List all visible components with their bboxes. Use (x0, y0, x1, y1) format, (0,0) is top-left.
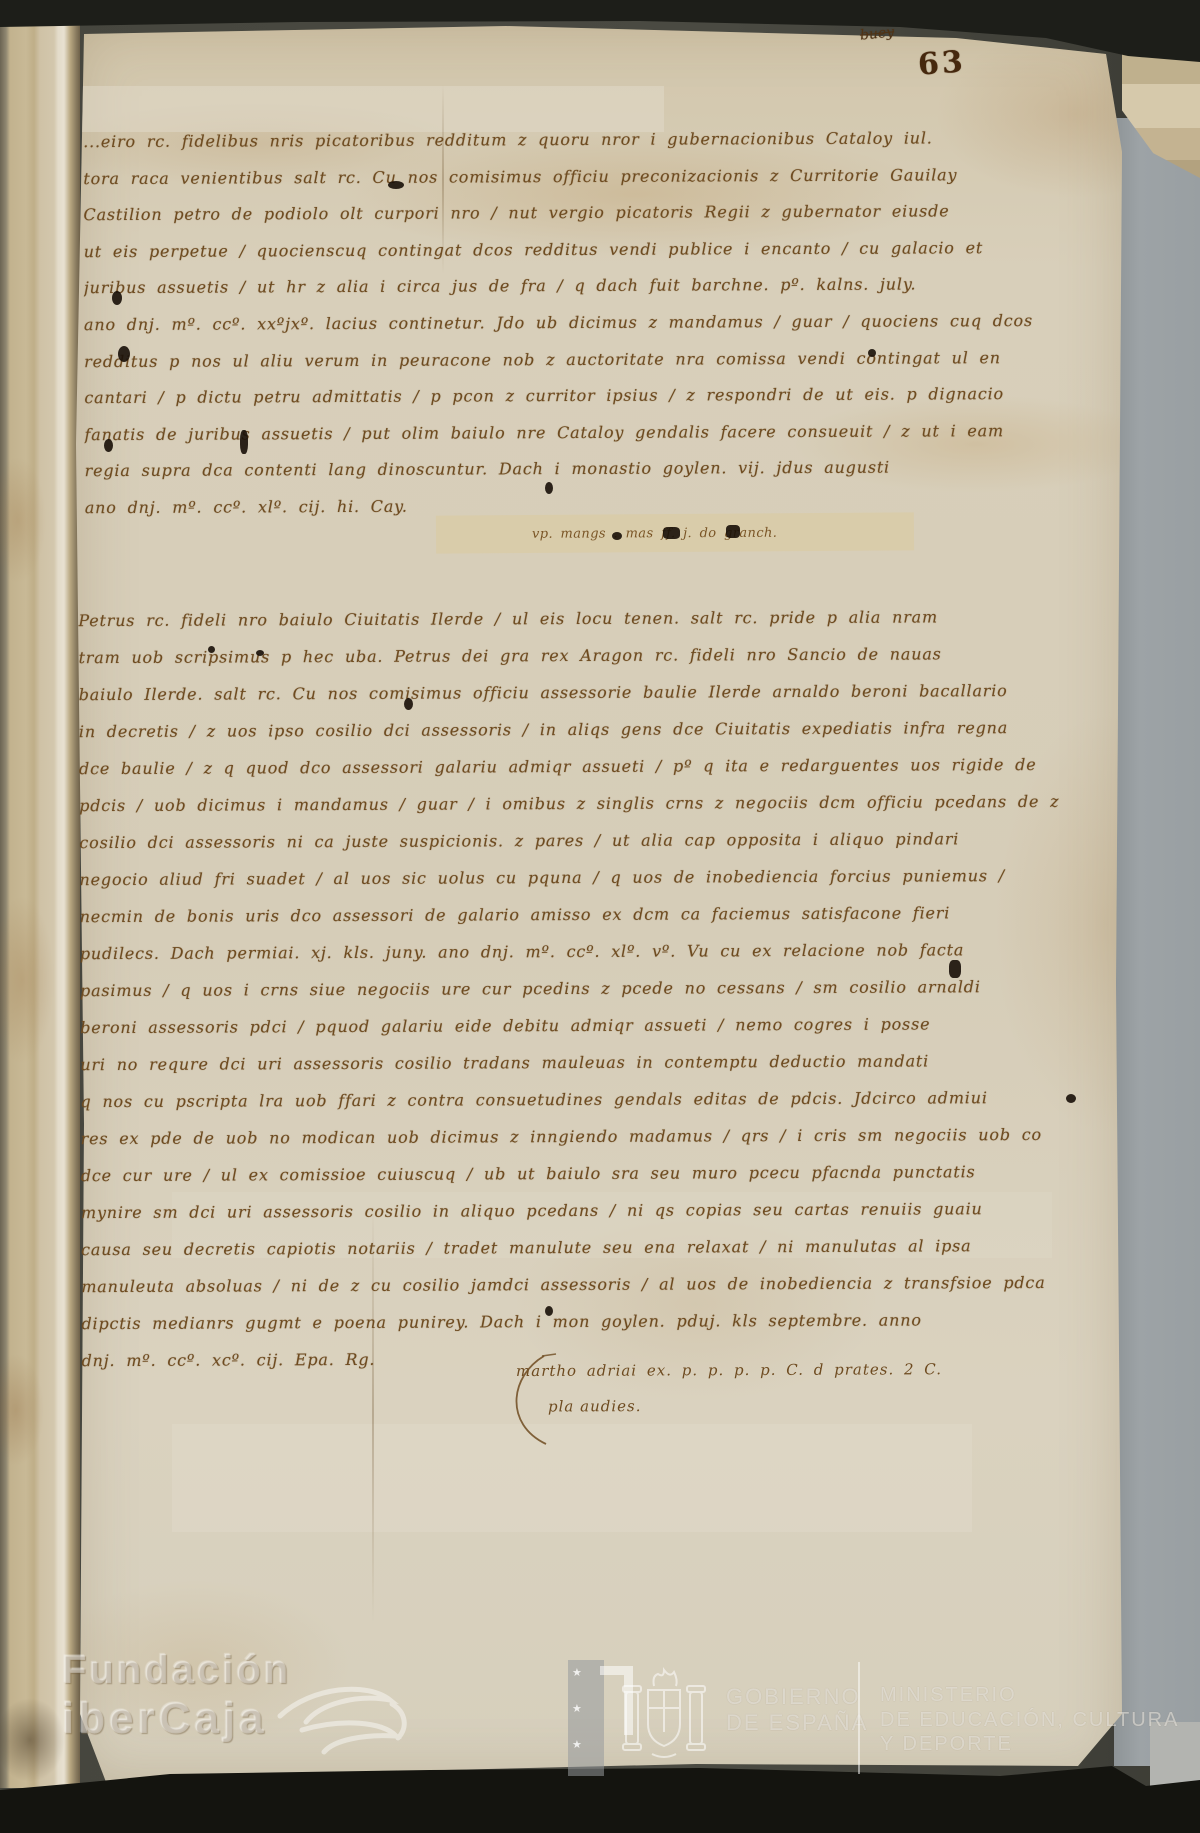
ibercaja-watermark-line2: iberCaja (62, 1694, 268, 1744)
ink-blot (1066, 1094, 1076, 1103)
ink-blot (118, 346, 130, 362)
manuscript-line: juribus assuetis / ut hr z alia i circa … (84, 266, 1066, 307)
signature-line-2: pla audies. (548, 1394, 768, 1419)
ministerio-watermark-line1: MINISTERIO (880, 1684, 1017, 1707)
manuscript-line: mynire sm dci uri assessoris cosilio in … (81, 1190, 1067, 1231)
manuscript-line: uri no requre dci uri assessoris cosilio… (80, 1042, 1066, 1083)
manuscript-line: Castilion petro de podiolo olt curpori n… (83, 193, 1065, 234)
manuscript-line: causa seu decretis capiotis notariis / t… (81, 1227, 1067, 1268)
right-grey-mat (1114, 118, 1200, 1766)
manuscript-line: cosilio dci assessoris ni ca juste suspi… (79, 820, 1065, 861)
ink-blot (545, 1306, 553, 1316)
manuscript-line: in decretis / z uos ipso cosilio dci ass… (79, 709, 1065, 750)
repair-patch-bottom (172, 1424, 972, 1532)
ink-blot (868, 349, 876, 357)
ink-blot (104, 439, 113, 452)
gobierno-watermark-line1: GOBIERNO (726, 1684, 861, 1710)
manuscript-block-1: ...eiro rc. fidelibus nris picatoribus r… (83, 120, 1067, 527)
ink-blot (112, 291, 122, 305)
flag-star-icon: ★ (572, 1738, 582, 1751)
manuscript-line: Petrus rc. fideli nro baiulo Ciuitatis I… (78, 598, 1064, 639)
manuscript-line: fanatis de juribus assuetis / put olim b… (84, 413, 1066, 454)
ink-blot (240, 430, 248, 454)
ink-blot (663, 527, 680, 539)
manuscript-line: dce cur ure / ul ex comissioe cuiuscuq /… (81, 1153, 1067, 1194)
chancery-side-note: vp. mangs . mas ff. j. do granch. (532, 521, 904, 547)
ink-blot (726, 525, 740, 538)
watermark-divider (858, 1662, 860, 1774)
ibercaja-watermark-line1: Fundación (62, 1648, 291, 1693)
ink-blot (404, 698, 413, 710)
manuscript-line: dipctis medianrs gugmt e poena punirey. … (81, 1301, 1067, 1342)
ink-blot (388, 181, 404, 189)
manuscript-line: tram uob scripsimus p hec uba. Petrus de… (78, 635, 1064, 676)
manuscript-line: ut eis perpetue / quocienscuq contingat … (84, 230, 1066, 271)
manuscript-line: q nos cu pscripta lra uob ffari z contra… (80, 1079, 1066, 1120)
folio-number: 63 (917, 44, 967, 82)
manuscript-scan: 63 buey ...eiro rc. fidelibus nris picat… (0, 0, 1200, 1833)
ink-blot (949, 960, 961, 978)
manuscript-line: baiulo Ilerde. salt rc. Cu nos comisimus… (79, 672, 1065, 713)
manuscript-line: pasimus / q uos i crns siue negociis ure… (80, 968, 1066, 1009)
ministerio-watermark-line3: Y DEPORTE (880, 1733, 1013, 1756)
ink-blot (545, 482, 553, 494)
spain-coat-of-arms-icon (618, 1664, 710, 1762)
left-page-edges (0, 0, 80, 1788)
manuscript-line: ...eiro rc. fidelibus nris picatoribus r… (83, 120, 1065, 161)
ink-blot (612, 532, 622, 540)
manuscript-line: negocio aliud fri suadet / al uos sic uo… (79, 857, 1065, 898)
ministerio-watermark-line2: DE EDUCACIÓN, CULTURA (880, 1709, 1179, 1732)
manuscript-line: cantari / p dictu petru admittatis / p p… (84, 376, 1066, 417)
manuscript-block-2: Petrus rc. fideli nro baiulo Ciuitatis I… (78, 598, 1067, 1379)
manuscript-line: ano dnj. mº. ccº. xlº. cij. hi. Cay. (85, 486, 1067, 527)
manuscript-line: necmin de bonis uris dco assessori de ga… (80, 894, 1066, 935)
spain-gov-flag-icon: ★ ★ ★ (568, 1660, 604, 1776)
manuscript-line: tora raca venientibus salt rc. Cu nos co… (83, 156, 1065, 197)
manuscript-line: ano dnj. mº. ccº. xxºjxº. lacius contine… (84, 303, 1066, 344)
ink-blot (256, 650, 264, 656)
manuscript-line: pdcis / uob dicimus i mandamus / guar / … (79, 783, 1065, 824)
signature-line-1: martho adriai ex. p. p. p. p. C. d prate… (516, 1357, 986, 1383)
manuscript-line: pudilecs. Dach permiai. xj. kls. juny. a… (80, 931, 1066, 972)
manuscript-line: dce baulie / z q quod dco assessori gala… (79, 746, 1065, 787)
gobierno-watermark-line2: DE ESPAÑA (726, 1710, 868, 1736)
flag-star-icon: ★ (572, 1666, 582, 1679)
manuscript-line: manuleuta absoluas / ni de z cu cosilio … (81, 1264, 1067, 1305)
manuscript-line: regia supra dca contenti lang dinoscuntu… (85, 449, 1067, 490)
flag-star-icon: ★ (572, 1702, 582, 1715)
ink-blot (208, 646, 215, 653)
manuscript-line: res ex pde de uob no modican uob dicimus… (81, 1116, 1067, 1157)
ibercaja-hand-logo-icon (272, 1678, 422, 1762)
manuscript-line: redditus p nos ul aliu verum in peuracon… (84, 339, 1066, 380)
right-grey-tab (1150, 1722, 1200, 1790)
manuscript-line: beroni assessoris pdci / pquod galariu e… (80, 1005, 1066, 1046)
